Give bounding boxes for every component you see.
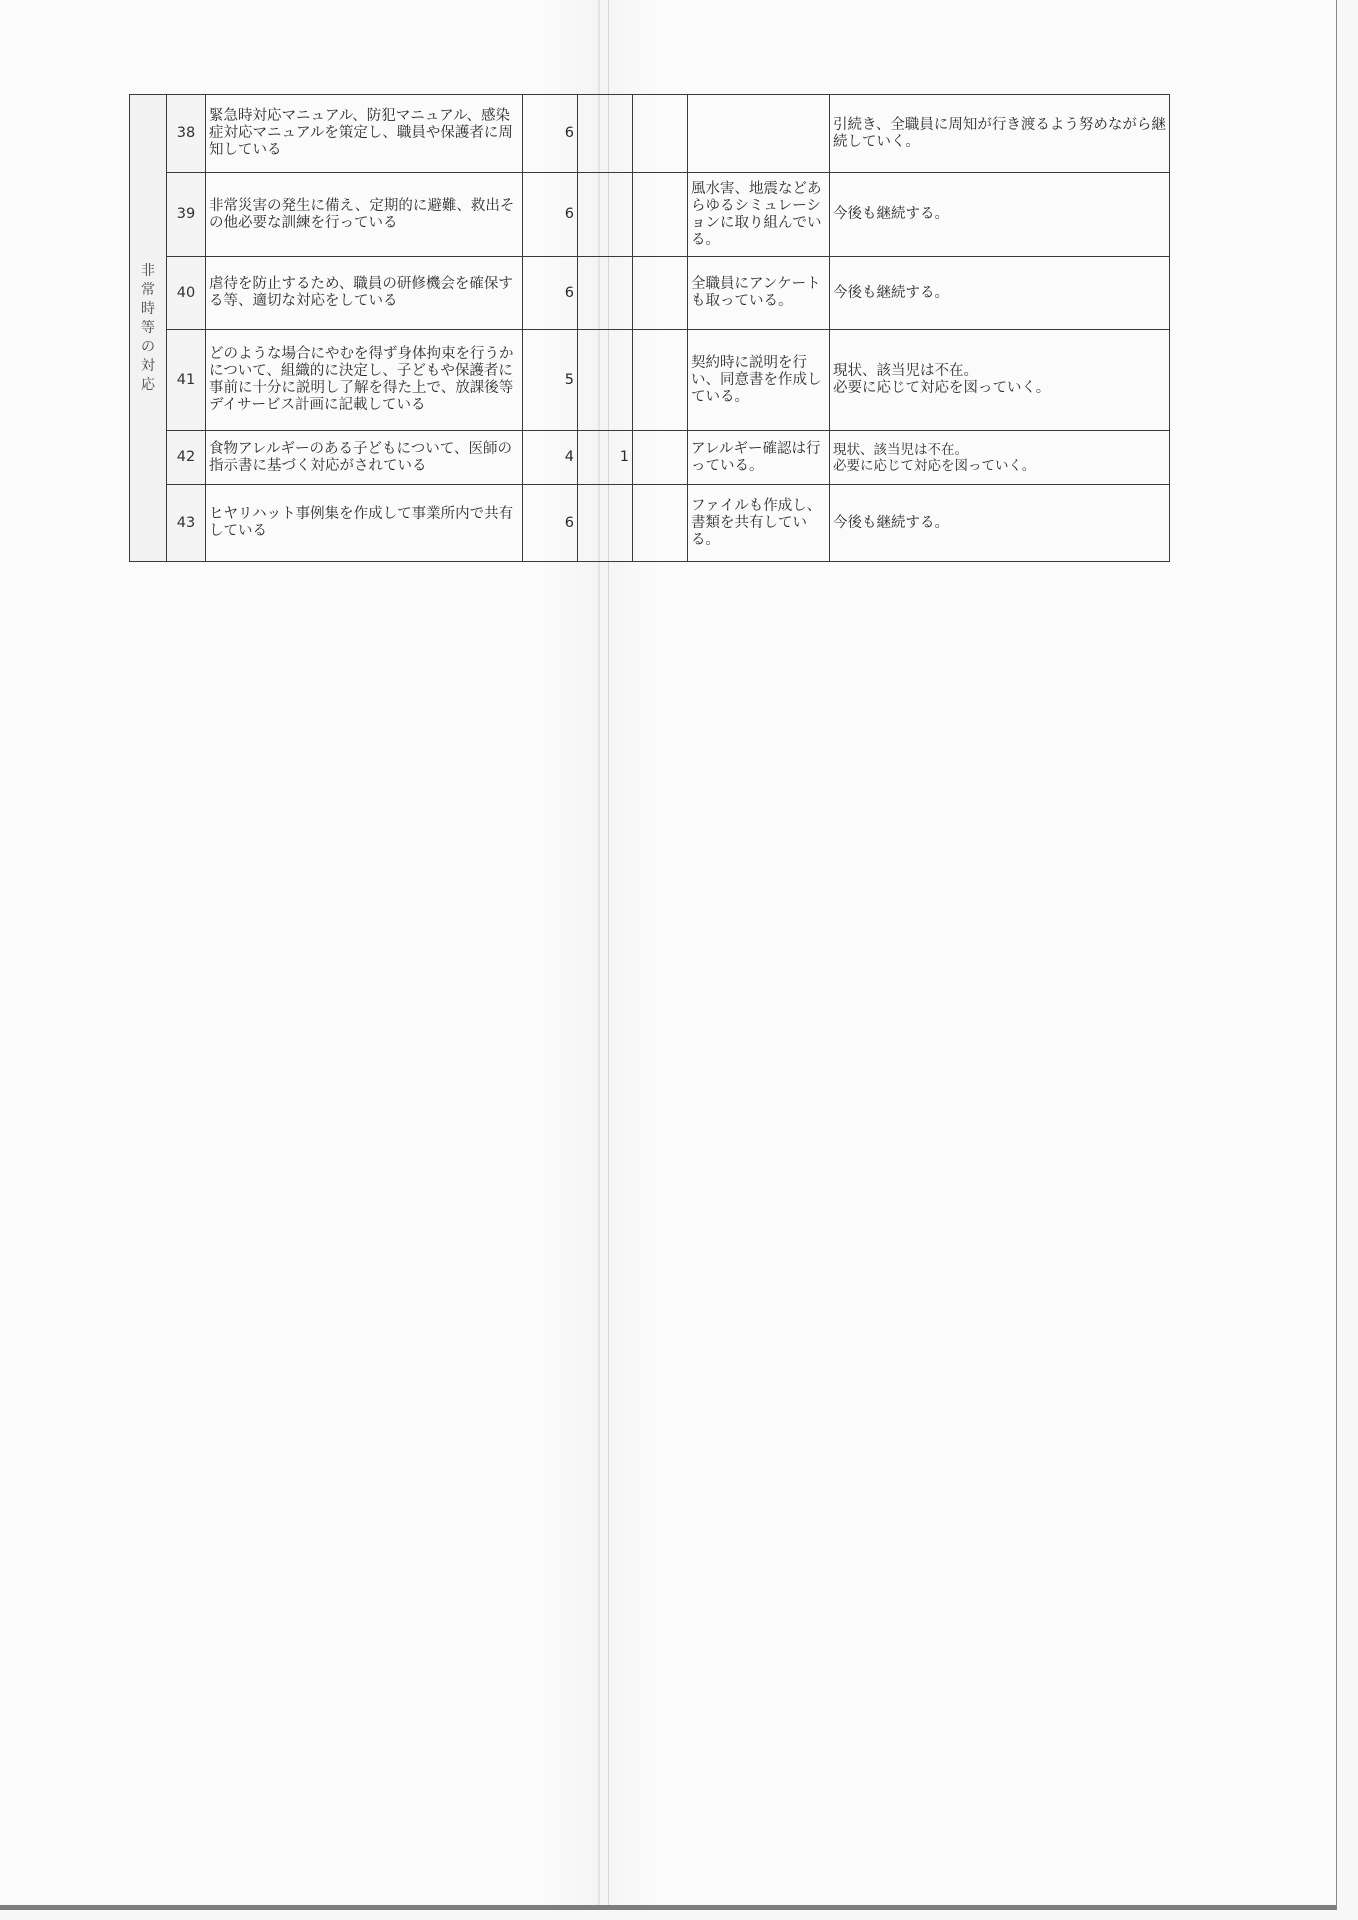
plan-cell: 現状、該当児は不在。 必要に応じて対応を図っていく。 <box>830 330 1170 431</box>
yes-count: 6 <box>523 485 578 562</box>
plan-text: 今後も継続する。 <box>830 257 1170 330</box>
item-number: 43 <box>167 485 206 562</box>
category-cell: 非常時等の対応 <box>130 95 167 562</box>
item-text: 非常災害の発生に備え、定期的に避難、救出その他必要な訓練を行っている <box>206 173 523 257</box>
neutral-count <box>578 257 633 330</box>
neutral-count: 1 <box>578 431 633 485</box>
table-row: 40 虐待を防止するため、職員の研修機会を確保する等、適切な対応をしている 6 … <box>130 257 1170 330</box>
plan-cell: 現状、該当児は不在。 必要に応じて対応を図っていく。 <box>830 431 1170 485</box>
table-row: 42 食物アレルギーのある子どもについて、医師の指示書に基づく対応がされている … <box>130 431 1170 485</box>
table-row: 非常時等の対応 38 緊急時対応マニュアル、防犯マニュアル、感染症対応マニュアル… <box>130 95 1170 173</box>
item-text: 食物アレルギーのある子どもについて、医師の指示書に基づく対応がされている <box>206 431 523 485</box>
plan-text: 今後も継続する。 <box>830 485 1170 562</box>
note-text: 全職員にアンケートも取っている。 <box>688 257 830 330</box>
yes-count: 6 <box>523 257 578 330</box>
item-text: 虐待を防止するため、職員の研修機会を確保する等、適切な対応をしている <box>206 257 523 330</box>
neutral-count <box>578 485 633 562</box>
no-count <box>633 431 688 485</box>
yes-count: 6 <box>523 173 578 257</box>
category-label: 非常時等の対応 <box>140 262 156 395</box>
neutral-count <box>578 173 633 257</box>
item-number: 42 <box>167 431 206 485</box>
plan-text: 引続き、全職員に周知が行き渡るよう努めながら継続していく。 <box>830 95 1170 173</box>
plan-line: 現状、該当児は不在。 <box>833 363 1166 380</box>
plan-line: 現状、該当児は不在。 <box>833 442 1166 458</box>
item-number: 38 <box>167 95 206 173</box>
no-count <box>633 330 688 431</box>
no-count <box>633 485 688 562</box>
no-count <box>633 173 688 257</box>
item-text: ヒヤリハット事例集を作成して事業所内で共有している <box>206 485 523 562</box>
evaluation-table: 非常時等の対応 38 緊急時対応マニュアル、防犯マニュアル、感染症対応マニュアル… <box>129 94 1170 562</box>
item-text: 緊急時対応マニュアル、防犯マニュアル、感染症対応マニュアルを策定し、職員や保護者… <box>206 95 523 173</box>
yes-count: 5 <box>523 330 578 431</box>
neutral-count <box>578 95 633 173</box>
note-text: 契約時に説明を行い、同意書を作成している。 <box>688 330 830 431</box>
table-row: 39 非常災害の発生に備え、定期的に避難、救出その他必要な訓練を行っている 6 … <box>130 173 1170 257</box>
plan-line: 必要に応じて対応を図っていく。 <box>833 458 1166 474</box>
table-row: 41 どのような場合にやむを得ず身体拘束を行うかについて、組織的に決定し、子ども… <box>130 330 1170 431</box>
item-number: 41 <box>167 330 206 431</box>
no-count <box>633 257 688 330</box>
note-text <box>688 95 830 173</box>
table-row: 43 ヒヤリハット事例集を作成して事業所内で共有している 6 ファイルも作成し、… <box>130 485 1170 562</box>
plan-text: 今後も継続する。 <box>830 173 1170 257</box>
no-count <box>633 95 688 173</box>
item-number: 39 <box>167 173 206 257</box>
neutral-count <box>578 330 633 431</box>
item-text: どのような場合にやむを得ず身体拘束を行うかについて、組織的に決定し、子どもや保護… <box>206 330 523 431</box>
yes-count: 4 <box>523 431 578 485</box>
note-text: ファイルも作成し、書類を共有している。 <box>688 485 830 562</box>
note-text: 風水害、地震などあらゆるシミュレーションに取り組んでいる。 <box>688 173 830 257</box>
yes-count: 6 <box>523 95 578 173</box>
plan-line: 必要に応じて対応を図っていく。 <box>833 380 1166 397</box>
scanned-page: 非常時等の対応 38 緊急時対応マニュアル、防犯マニュアル、感染症対応マニュアル… <box>0 0 1337 1910</box>
note-text: アレルギー確認は行っている。 <box>688 431 830 485</box>
item-number: 40 <box>167 257 206 330</box>
